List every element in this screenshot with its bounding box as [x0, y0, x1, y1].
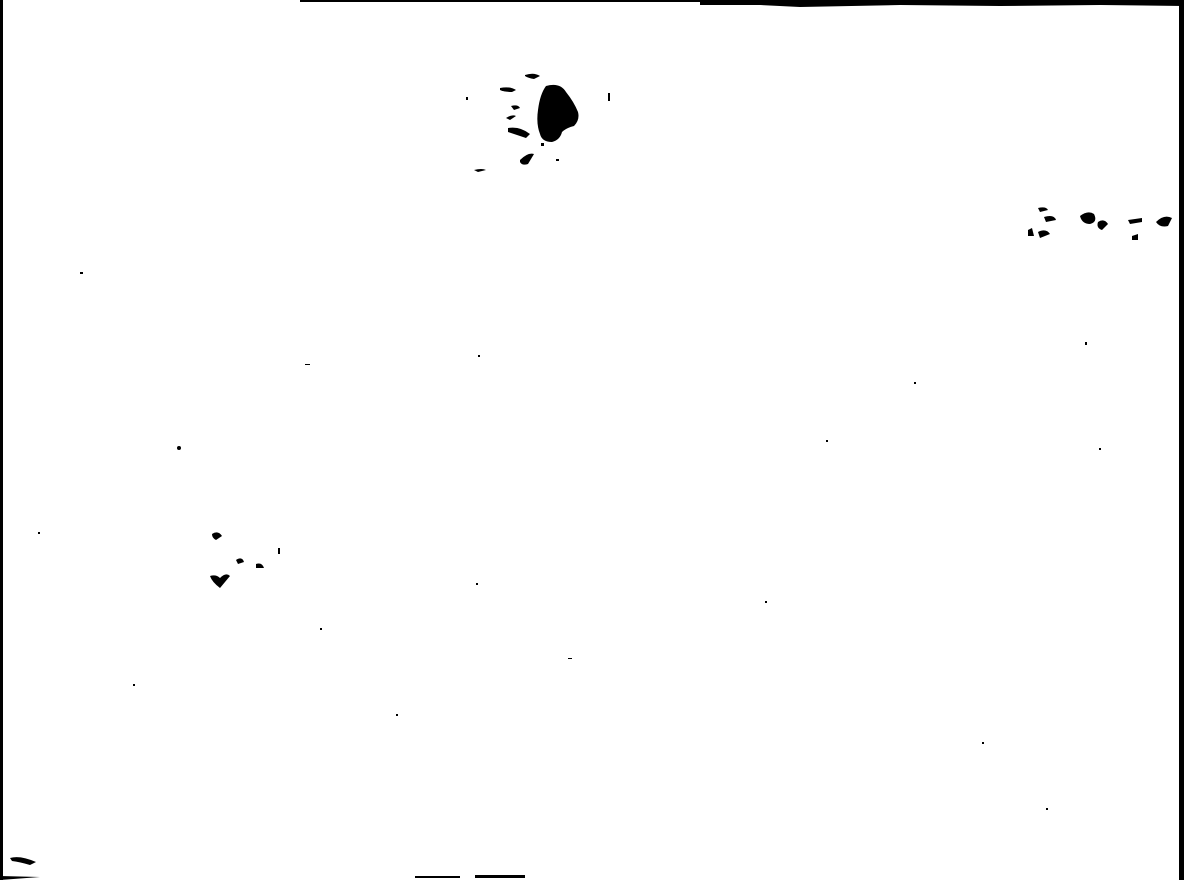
bright-field [0, 0, 1184, 880]
binarized-photo [0, 0, 1184, 880]
